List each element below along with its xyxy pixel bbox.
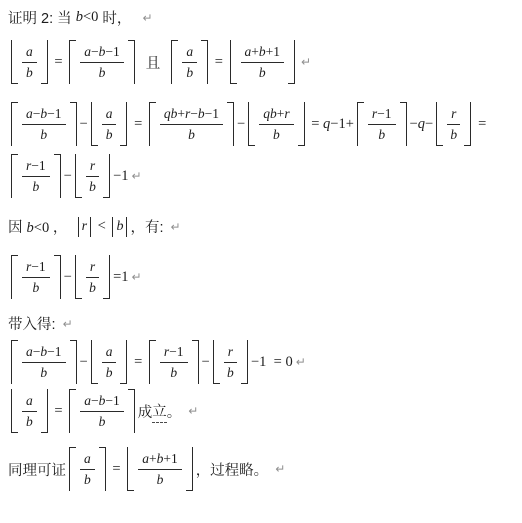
ceil-bracket-right-icon xyxy=(54,154,61,198)
ceil-bracket-fraction: ab xyxy=(171,40,208,84)
chinese-text: 同理可证 xyxy=(8,459,66,480)
chinese-text: 。 xyxy=(167,401,186,422)
fraction-numerator: a+b+1 xyxy=(138,450,182,470)
floor-bracket-left-icon xyxy=(75,255,82,299)
absolute-value: r xyxy=(78,217,91,237)
fraction: rb xyxy=(220,340,241,384)
fraction-denominator: b xyxy=(26,63,33,81)
fraction-numerator: r xyxy=(86,157,99,177)
floor-bracket-fraction: rb xyxy=(436,102,471,146)
ceil-bracket-right-icon xyxy=(128,389,135,433)
math-text: b<0 ， xyxy=(27,216,75,237)
floor-bracket-left-icon xyxy=(75,154,82,198)
ceil-bracket-left-icon xyxy=(171,40,178,84)
chinese-text: 成 xyxy=(138,401,153,422)
fraction-denominator: b xyxy=(89,177,96,195)
floor-bracket-right-icon xyxy=(298,102,305,146)
floor-bracket-fraction: qb+rb xyxy=(248,102,304,146)
fraction-numerator: a+b+1 xyxy=(241,43,285,63)
math-text: b<0 xyxy=(76,9,99,26)
chinese-text: 带入得: xyxy=(8,313,60,334)
lemma-equation-line: r−1b−rb=1↵ xyxy=(8,255,518,299)
fraction: r−1b xyxy=(18,255,54,299)
fraction: qb+rb xyxy=(255,102,297,146)
fraction-denominator: b xyxy=(32,278,39,296)
fraction-denominator: b xyxy=(450,125,457,143)
floor-bracket-left-icon xyxy=(11,389,18,433)
floor-bracket-fraction: a+b+1b xyxy=(127,447,193,491)
floor-bracket-left-icon xyxy=(127,447,134,491)
fraction-denominator: b xyxy=(259,63,266,81)
fraction-denominator: b xyxy=(40,363,47,381)
ceil-bracket-right-icon xyxy=(201,40,208,84)
math-text: = xyxy=(474,116,486,133)
fraction-numerator: a xyxy=(102,105,117,125)
paragraph-mark-icon: ↵ xyxy=(132,270,142,284)
chinese-text: ，过程略。 xyxy=(196,459,273,480)
math-text: − xyxy=(64,168,72,185)
chinese-text-underlined: 立 xyxy=(152,400,167,423)
ceil-bracket-right-icon xyxy=(227,102,234,146)
fraction: ab xyxy=(178,40,201,84)
paragraph-mark-icon: ↵ xyxy=(275,462,285,476)
fraction-numerator: r−1 xyxy=(22,157,50,177)
fraction: r−1b xyxy=(364,102,400,146)
floor-bracket-fraction: a+b+1b xyxy=(230,40,296,84)
math-text: −1 xyxy=(113,168,128,185)
fraction-denominator: b xyxy=(106,125,113,143)
document-body: 证明 2: 当 b<0 时， ↵ab = a−b−1b 且 ab = a+b+1… xyxy=(0,0,522,491)
fraction-numerator: r xyxy=(447,105,460,125)
floor-bracket-left-icon xyxy=(213,340,220,384)
floor-bracket-right-icon xyxy=(186,447,193,491)
fraction-numerator: a−b−1 xyxy=(80,43,124,63)
floor-bracket-right-icon xyxy=(464,102,471,146)
fraction-numerator: r xyxy=(86,258,99,278)
math-text: = xyxy=(130,116,145,133)
ceil-bracket-fraction: a−b−1b xyxy=(11,340,77,384)
fraction: r−1b xyxy=(156,340,192,384)
fraction: a−b−1b xyxy=(76,389,128,433)
floor-bracket-right-icon xyxy=(103,255,110,299)
fraction: ab xyxy=(76,447,99,491)
fraction-numerator: r−1 xyxy=(22,258,50,278)
chinese-text: 时， xyxy=(98,7,139,28)
floor-bracket-right-icon xyxy=(288,40,295,84)
ceil-bracket-fraction: qb+r−b−1b xyxy=(149,102,234,146)
floor-bracket-left-icon xyxy=(11,40,18,84)
fraction-denominator: b xyxy=(99,63,106,81)
fraction-numerator: r−1 xyxy=(160,343,188,363)
math-text: − xyxy=(202,354,210,371)
paragraph-mark-icon: ↵ xyxy=(63,317,73,331)
ceil-bracket-fraction: r−1b xyxy=(357,102,407,146)
math-text: − xyxy=(80,116,88,133)
derivation-line-1: a−b−1b−ab = qb+r−b−1b−qb+rb = q−1+r−1b−q… xyxy=(8,102,518,146)
floor-bracket-right-icon xyxy=(241,340,248,384)
fraction: r−1b xyxy=(18,154,54,198)
ceil-bracket-left-icon xyxy=(11,255,18,299)
ceil-bracket-right-icon xyxy=(54,255,61,299)
fraction-numerator: a−b−1 xyxy=(22,343,66,363)
math-text: = q−1+ xyxy=(308,116,354,133)
fraction: rb xyxy=(443,102,464,146)
fraction: ab xyxy=(18,389,41,433)
ceil-bracket-right-icon xyxy=(400,102,407,146)
chinese-text: 且 xyxy=(138,52,169,73)
math-text: =1 xyxy=(113,269,128,286)
ceil-bracket-left-icon xyxy=(69,447,76,491)
math-text: − xyxy=(80,354,88,371)
fraction: a−b−1b xyxy=(76,40,128,84)
floor-bracket-left-icon xyxy=(230,40,237,84)
fraction: rb xyxy=(82,255,103,299)
substitution-result-line: a−b−1b−ab = r−1b−rb−1 = 0↵ xyxy=(8,340,518,384)
ceil-bracket-left-icon xyxy=(69,389,76,433)
fraction-denominator: b xyxy=(170,363,177,381)
ceil-bracket-fraction: a−b−1b xyxy=(11,102,77,146)
fraction: ab xyxy=(98,102,121,146)
floor-bracket-right-icon xyxy=(41,389,48,433)
fraction-denominator: b xyxy=(32,177,39,195)
floor-bracket-fraction: rb xyxy=(75,154,110,198)
fraction-denominator: b xyxy=(273,125,280,143)
absolute-value: b xyxy=(112,217,127,237)
paragraph-mark-icon: ↵ xyxy=(296,355,306,369)
floor-bracket-fraction: ab xyxy=(91,102,128,146)
ceil-bracket-right-icon xyxy=(99,447,106,491)
paragraph-mark-icon: ↵ xyxy=(171,220,181,234)
paragraph-mark-icon: ↵ xyxy=(301,55,311,69)
math-text: − xyxy=(237,116,245,133)
ceil-bracket-right-icon xyxy=(192,340,199,384)
fraction-numerator: qb+r xyxy=(259,105,293,125)
fraction-denominator: b xyxy=(99,412,106,430)
fraction-denominator: b xyxy=(188,125,195,143)
fraction-denominator: b xyxy=(227,363,234,381)
math-text: − xyxy=(64,269,72,286)
fraction: ab xyxy=(98,340,121,384)
ceil-bracket-left-icon xyxy=(11,340,18,384)
fraction: ab xyxy=(18,40,41,84)
fraction-numerator: qb+r−b−1 xyxy=(160,105,223,125)
ceil-bracket-right-icon xyxy=(128,40,135,84)
fraction-denominator: b xyxy=(89,278,96,296)
fraction-numerator: r−1 xyxy=(368,105,396,125)
fraction: a+b+1b xyxy=(237,40,289,84)
fraction: a−b−1b xyxy=(18,340,70,384)
fraction-numerator: a−b−1 xyxy=(22,105,66,125)
condition-text-line: 因 b<0 ， r < b，有: ↵ xyxy=(8,216,518,237)
fraction-denominator: b xyxy=(186,63,193,81)
chinese-text: ，有: xyxy=(130,216,167,237)
floor-bracket-left-icon xyxy=(248,102,255,146)
math-text: < xyxy=(94,218,109,235)
floor-bracket-fraction: ab xyxy=(91,340,128,384)
fraction-denominator: b xyxy=(84,470,91,488)
floor-bracket-left-icon xyxy=(91,340,98,384)
floor-bracket-left-icon xyxy=(436,102,443,146)
fraction: qb+r−b−1b xyxy=(156,102,227,146)
ceil-bracket-right-icon xyxy=(70,102,77,146)
fraction-numerator: a−b−1 xyxy=(80,392,124,412)
substitute-text-line: 带入得: ↵ xyxy=(8,313,518,334)
floor-bracket-right-icon xyxy=(103,154,110,198)
paragraph-mark-icon: ↵ xyxy=(188,404,198,418)
math-text: = xyxy=(109,461,124,478)
paragraph-mark-icon: ↵ xyxy=(142,11,152,25)
ceil-bracket-left-icon xyxy=(69,40,76,84)
ceil-bracket-fraction: a−b−1b xyxy=(69,40,135,84)
ceil-bracket-left-icon xyxy=(11,154,18,198)
math-text: = xyxy=(51,54,66,71)
fraction-denominator: b xyxy=(157,470,164,488)
fraction-numerator: a xyxy=(22,43,37,63)
math-text: = xyxy=(211,54,226,71)
conclusion-line-2: 同理可证ab = a+b+1b，过程略。 ↵ xyxy=(8,447,518,491)
fraction: a+b+1b xyxy=(134,447,186,491)
identity-statement-line: ab = a−b−1b 且 ab = a+b+1b↵ xyxy=(8,40,518,84)
floor-bracket-right-icon xyxy=(120,340,127,384)
fraction: rb xyxy=(82,154,103,198)
chinese-text: 因 xyxy=(8,216,27,237)
ceil-bracket-left-icon xyxy=(357,102,364,146)
math-text: −q− xyxy=(410,116,434,133)
ceil-bracket-left-icon xyxy=(11,102,18,146)
paragraph-mark-icon: ↵ xyxy=(132,169,142,183)
floor-bracket-left-icon xyxy=(91,102,98,146)
floor-bracket-fraction: rb xyxy=(75,255,110,299)
ceil-bracket-left-icon xyxy=(149,340,156,384)
fraction-denominator: b xyxy=(106,363,113,381)
proof-title-line: 证明 2: 当 b<0 时， ↵ xyxy=(8,7,518,28)
fraction-denominator: b xyxy=(378,125,385,143)
fraction-numerator: a xyxy=(182,43,197,63)
fraction-denominator: b xyxy=(40,125,47,143)
ceil-bracket-fraction: ab xyxy=(69,447,106,491)
fraction-numerator: a xyxy=(80,450,95,470)
fraction-numerator: r xyxy=(224,343,237,363)
math-text: = xyxy=(51,403,66,420)
ceil-bracket-right-icon xyxy=(70,340,77,384)
ceil-bracket-fraction: r−1b xyxy=(11,255,61,299)
chinese-text: 证明 2: 当 xyxy=(8,7,76,28)
derivation-line-2: r−1b−rb−1↵ xyxy=(8,154,518,198)
ceil-bracket-fraction: r−1b xyxy=(149,340,199,384)
math-text: = xyxy=(130,354,145,371)
floor-bracket-fraction: ab xyxy=(11,40,48,84)
fraction-denominator: b xyxy=(26,412,33,430)
floor-bracket-right-icon xyxy=(120,102,127,146)
floor-bracket-fraction: ab xyxy=(11,389,48,433)
ceil-bracket-fraction: r−1b xyxy=(11,154,61,198)
floor-bracket-right-icon xyxy=(41,40,48,84)
fraction: a−b−1b xyxy=(18,102,70,146)
ceil-bracket-fraction: a−b−1b xyxy=(69,389,135,433)
conclusion-line-1: ab = a−b−1b成立。 ↵ xyxy=(8,389,518,433)
floor-bracket-fraction: rb xyxy=(213,340,248,384)
math-text: −1 = 0 xyxy=(251,354,293,371)
ceil-bracket-left-icon xyxy=(149,102,156,146)
fraction-numerator: a xyxy=(22,392,37,412)
fraction-numerator: a xyxy=(102,343,117,363)
